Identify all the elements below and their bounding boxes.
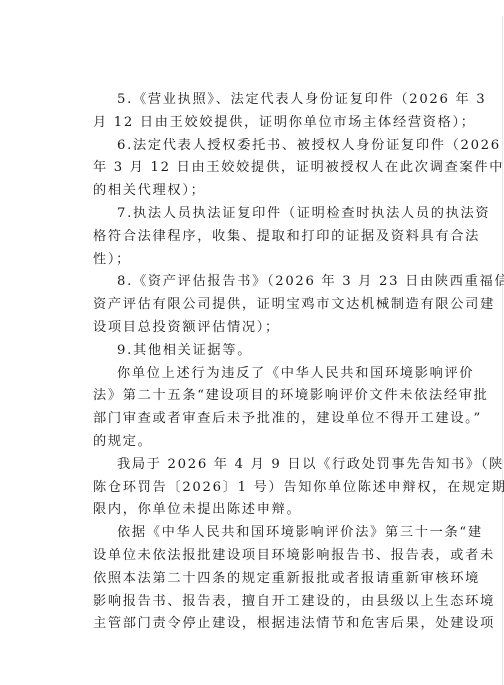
paragraph-line: 9.其他相关证据等。	[93, 340, 439, 363]
paragraph-line: 部门审查或者审查后未予批准的，建设单位不得开工建设。”	[93, 408, 439, 431]
paragraph-line: 依照本法第二十四条的规定重新报批或者报请重新审核环境	[93, 568, 439, 591]
paragraph-line: 影响报告书、报告表，擅自开工建设的，由县级以上生态环境	[93, 591, 439, 614]
paragraph-line: 的相关代理权）；	[93, 180, 439, 203]
paragraph-line: 法》第二十五条“建设项目的环境影响评价文件未依法经审批	[93, 385, 439, 408]
document-body: 5.《营业执照》、法定代表人身份证复印件（2026 年 3 月 12 日由王姣姣…	[93, 89, 439, 636]
paragraph-line: 5.《营业执照》、法定代表人身份证复印件（2026 年 3	[93, 89, 439, 112]
paragraph-line: 7.执法人员执法证复印件（证明检查时执法人员的执法资	[93, 203, 439, 226]
evidence-item-9: 9.其他相关证据等。	[93, 340, 439, 363]
paragraph-line: 6.法定代表人授权委托书、被授权人身份证复印件（2026	[93, 135, 439, 158]
violation-paragraph: 你单位上述行为违反了《中华人民共和国环境影响评价 法》第二十五条“建设项目的环境…	[93, 363, 439, 454]
paragraph-line: 你单位上述行为违反了《中华人民共和国环境影响评价	[93, 363, 439, 386]
paragraph-line: 的规定。	[93, 431, 439, 454]
paragraph-line: 我局于 2026 年 4 月 9 日以《行政处罚事先告知书》（陕 C	[93, 454, 439, 477]
paragraph-line: 限内，你单位未提出陈述申辩。	[93, 499, 439, 522]
paragraph-line: 设单位未依法报批建设项目环境影响报告书、报告表，或者未	[93, 545, 439, 568]
evidence-item-6: 6.法定代表人授权委托书、被授权人身份证复印件（2026 年 3 月 12 日由…	[93, 135, 439, 203]
evidence-item-5: 5.《营业执照》、法定代表人身份证复印件（2026 年 3 月 12 日由王姣姣…	[93, 89, 439, 135]
evidence-item-8: 8.《资产评估报告书》（2026 年 3 月 23 日由陕西重福信 资产评估有限…	[93, 271, 439, 339]
document-page: 5.《营业执照》、法定代表人身份证复印件（2026 年 3 月 12 日由王姣姣…	[0, 0, 504, 685]
paragraph-line: 月 12 日由王姣姣提供，证明你单位市场主体经营资格）；	[93, 112, 439, 135]
paragraph-line: 8.《资产评估报告书》（2026 年 3 月 23 日由陕西重福信	[93, 271, 439, 294]
paragraph-line: 依据《中华人民共和国环境影响评价法》第三十一条“建	[93, 522, 439, 545]
paragraph-line: 设项目总投资额评估情况）；	[93, 317, 439, 340]
notice-paragraph: 我局于 2026 年 4 月 9 日以《行政处罚事先告知书》（陕 C 陈仓环罚告…	[93, 454, 439, 522]
page-edge-divider	[502, 16, 503, 685]
paragraph-line: 性）；	[93, 249, 439, 272]
paragraph-line: 资产评估有限公司提供，证明宝鸡市文达机械制造有限公司建	[93, 294, 439, 317]
legal-basis-paragraph: 依据《中华人民共和国环境影响评价法》第三十一条“建 设单位未依法报批建设项目环境…	[93, 522, 439, 636]
paragraph-line: 主管部门责令停止建设，根据违法情节和危害后果，处建设项	[93, 613, 439, 636]
evidence-item-7: 7.执法人员执法证复印件（证明检查时执法人员的执法资 格符合法律程序，收集、提取…	[93, 203, 439, 271]
paragraph-line: 陈仓环罚告〔2026〕1 号）告知你单位陈述申辩权，在规定期	[93, 477, 439, 500]
paragraph-line: 格符合法律程序，收集、提取和打印的证据及资料具有合法	[93, 226, 439, 249]
paragraph-line: 年 3 月 12 日由王姣姣提供，证明被授权人在此次调查案件中	[93, 157, 439, 180]
